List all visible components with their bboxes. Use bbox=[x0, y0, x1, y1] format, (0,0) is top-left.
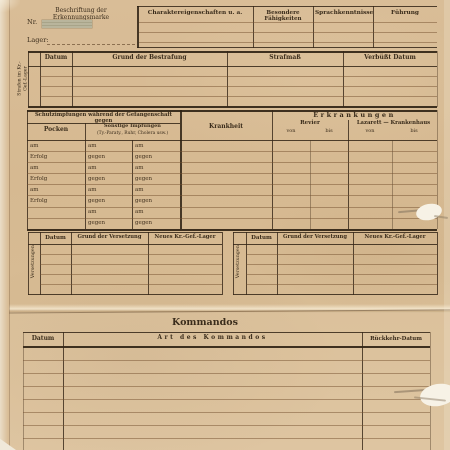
ruled-line bbox=[246, 254, 437, 255]
punishment-header-border bbox=[28, 66, 437, 67]
sickbay-from: von bbox=[277, 129, 305, 135]
transfer-right-top bbox=[233, 232, 437, 233]
transfer-left-bottom bbox=[28, 294, 222, 295]
col-hospital: Lazarett — Krankenhaus bbox=[350, 120, 437, 126]
vaccination-cell: am bbox=[27, 185, 83, 196]
vaccination-cell: Erfolg bbox=[27, 174, 83, 185]
illness-divider bbox=[348, 120, 349, 229]
other-vaccination-cells-b: amgegenamgegenamgegenamgegen bbox=[132, 141, 178, 230]
transfer-right-header-border bbox=[233, 244, 437, 245]
lager-fill-line bbox=[47, 37, 135, 45]
col-illness: Krankheit bbox=[180, 124, 272, 131]
punishment-top-border bbox=[28, 51, 437, 53]
punishment-col-served: Verbüßt Datum bbox=[343, 55, 437, 62]
vaccination-cell: gegen bbox=[85, 174, 130, 185]
sickbay-to: bis bbox=[315, 129, 343, 135]
transfer-left-right-border bbox=[222, 232, 223, 295]
punishment-col-date: Datum bbox=[40, 55, 72, 62]
punishment-side-line1: Strafen im Kr.- bbox=[17, 62, 22, 96]
kommandos-title: Kommandos bbox=[150, 318, 260, 329]
redacted-number-box bbox=[42, 20, 92, 28]
ruled-line bbox=[139, 32, 437, 33]
vaccination-cell: am bbox=[85, 185, 130, 196]
ruled-line bbox=[23, 438, 430, 439]
scan-right-edge bbox=[444, 0, 450, 450]
corner-light bbox=[0, 0, 20, 12]
col-sickbay: Revier bbox=[272, 120, 348, 126]
other-vaccination-cells-a: amgegenamgegenamgegenamgegen bbox=[85, 141, 130, 230]
punishment-side-line2: Gef.-Lager bbox=[23, 66, 28, 91]
ruled-line bbox=[40, 284, 222, 285]
vaccination-cell: am bbox=[85, 141, 130, 152]
ruled-line bbox=[40, 96, 437, 97]
col-other-vaccinations: Sonstige Impfungen bbox=[85, 124, 180, 130]
punishment-col-penalty: Strafmaß bbox=[227, 55, 343, 62]
torn-spot bbox=[415, 201, 444, 222]
ruled-line bbox=[40, 76, 437, 77]
ruled-line bbox=[23, 425, 430, 426]
vaccination-bottom-border bbox=[27, 229, 437, 231]
ruled-line bbox=[40, 86, 437, 87]
col-other-vaccinations-detail: (Ty.-Paraty., Ruhr, Cholera usw.) bbox=[85, 131, 180, 136]
ruled-line bbox=[23, 412, 430, 413]
top-table-top-border bbox=[137, 6, 437, 7]
col-character-traits: Charaktereigenschaften u. a. bbox=[139, 10, 251, 17]
transfer-right-side-label: Versetzungen bbox=[236, 234, 242, 290]
ruled-line bbox=[40, 254, 222, 255]
vaccination-cell bbox=[27, 218, 83, 229]
transfer-right-border bbox=[233, 232, 234, 295]
kommandos-col-return: Rückkehr-Datum bbox=[362, 336, 430, 342]
ruled-line bbox=[40, 274, 222, 275]
punishment-col-reason: Grund der Bestrafung bbox=[72, 55, 227, 62]
vaccination-cell: am bbox=[132, 185, 178, 196]
hospital-to: bis bbox=[400, 129, 428, 135]
transfer-left-col-reason: Grund der Versetzung bbox=[71, 235, 148, 241]
vaccination-cell: am bbox=[27, 163, 83, 174]
scan-left-edge bbox=[0, 0, 9, 450]
kommandos-left-border bbox=[23, 332, 24, 450]
kommandos-header-border bbox=[23, 346, 430, 348]
transfer-left-col-date: Datum bbox=[40, 235, 71, 241]
transfer-right-col-newcamp: Neues Kr.-Gef.-Lager bbox=[353, 235, 437, 241]
kommandos-divider bbox=[362, 332, 363, 450]
ruled-line bbox=[23, 360, 430, 361]
col-special-abilities: Besondere Fähigkeiten bbox=[255, 10, 311, 23]
vaccination-cell: am bbox=[85, 207, 130, 218]
punishment-right-border bbox=[437, 51, 438, 107]
col-language-skills: Sprachkenntnisse bbox=[315, 10, 371, 17]
vaccination-cell: gegen bbox=[132, 174, 178, 185]
punishment-side-label: Strafen im Kr.-Gef.-Lager bbox=[17, 49, 28, 109]
transfer-right-col-reason: Grund der Versetzung bbox=[277, 235, 353, 241]
transfer-left-top bbox=[28, 232, 222, 233]
top-table-bottom-border bbox=[137, 47, 437, 48]
transfer-left-border bbox=[28, 232, 29, 295]
vaccination-cell: am bbox=[132, 163, 178, 174]
kommandos-col-date: Datum bbox=[23, 336, 63, 343]
vaccination-cell: gegen bbox=[85, 196, 130, 207]
ruled-line bbox=[246, 284, 437, 285]
vaccination-cell: am bbox=[27, 141, 83, 152]
transfer-left-side-label: Versetzungen bbox=[31, 234, 37, 290]
kommandos-col-type: Art des Kommandos bbox=[63, 335, 362, 342]
vaccination-cell: gegen bbox=[132, 218, 178, 229]
ruled-line bbox=[139, 42, 437, 43]
transfer-left-col-newcamp: Neues Kr.-Gef.-Lager bbox=[148, 235, 222, 241]
col-conduct: Führung bbox=[375, 10, 435, 17]
vaccination-cell: am bbox=[85, 163, 130, 174]
punishment-bottom-border bbox=[28, 106, 437, 108]
vaccination-cell bbox=[27, 207, 83, 218]
vaccination-cell: gegen bbox=[132, 152, 178, 163]
ruled-line bbox=[40, 264, 222, 265]
vaccination-cell: gegen bbox=[85, 152, 130, 163]
ruled-line bbox=[23, 386, 430, 387]
vaccination-cell: gegen bbox=[132, 196, 178, 207]
vaccination-cell: gegen bbox=[85, 218, 130, 229]
hospital-from: von bbox=[356, 129, 384, 135]
ruled-line bbox=[246, 264, 437, 265]
vaccination-cell: am bbox=[132, 207, 178, 218]
vaccination-cell: Erfolg bbox=[27, 196, 83, 207]
transfer-left-header-border bbox=[28, 244, 222, 245]
col-smallpox: Pocken bbox=[27, 127, 85, 134]
vaccination-cell: Erfolg bbox=[27, 152, 83, 163]
scan-left-edge-line bbox=[9, 0, 10, 450]
transfer-right-right-border bbox=[437, 232, 438, 295]
transfer-right-bottom bbox=[233, 294, 437, 295]
ruled-line bbox=[23, 399, 430, 400]
illness-section-title: Erkrankungen bbox=[272, 112, 437, 119]
kommandos-divider bbox=[63, 332, 64, 450]
kommandos-top-border bbox=[23, 332, 430, 333]
smallpox-cells: amErfolgamErfolgamErfolg bbox=[27, 141, 83, 230]
pow-record-card-scan: Beschriftung der Erkennungsmarke Nr. Lag… bbox=[0, 0, 450, 450]
illness-divider bbox=[272, 110, 273, 229]
vaccination-cell: am bbox=[132, 141, 178, 152]
transfer-right-col-date: Datum bbox=[246, 235, 277, 241]
ruled-line bbox=[23, 373, 430, 374]
ruled-line bbox=[246, 274, 437, 275]
